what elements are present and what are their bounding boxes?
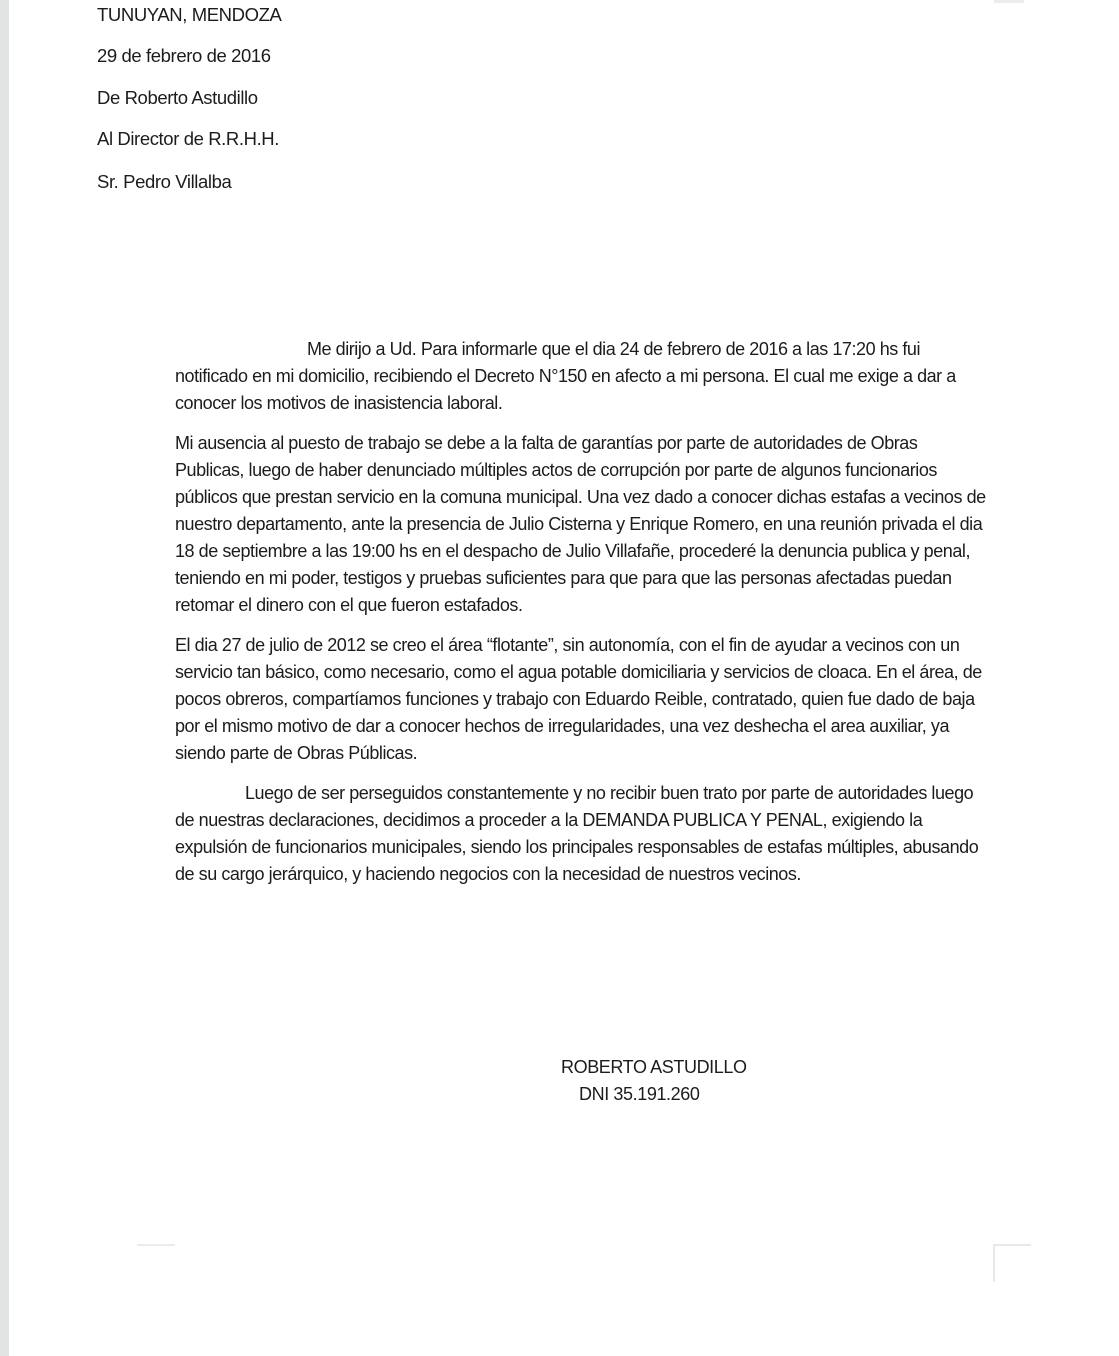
viewer-left-edge <box>0 0 9 1356</box>
header-addressee: Al Director de R.R.H.H. <box>97 128 279 150</box>
paragraph-area-history: El dia 27 de julio de 2012 se creo el ár… <box>175 632 990 767</box>
header-date: 29 de febrero de 2016 <box>97 45 271 67</box>
header-location: TUNUYAN, MENDOZA <box>97 4 281 26</box>
paragraph-demand: Luego de ser perseguidos constantemente … <box>175 780 990 888</box>
header-recipient: Sr. Pedro Villalba <box>97 171 231 193</box>
signature-name: ROBERTO ASTUDILLO <box>561 1057 747 1078</box>
paragraph-absence-reason: Mi ausencia al puesto de trabajo se debe… <box>175 430 990 619</box>
page-corner-mark-left <box>137 1244 175 1246</box>
page-corner-mark-top <box>994 0 1024 3</box>
document-page: TUNUYAN, MENDOZA 29 de febrero de 2016 D… <box>9 0 1119 1356</box>
letter-body: Me dirijo a Ud. Para informarle que el d… <box>175 336 990 901</box>
page-corner-mark-right <box>993 1244 1031 1282</box>
paragraph-notification: Me dirijo a Ud. Para informarle que el d… <box>175 336 990 417</box>
header-sender: De Roberto Astudillo <box>97 87 258 109</box>
signature-id: DNI 35.191.260 <box>579 1084 700 1105</box>
